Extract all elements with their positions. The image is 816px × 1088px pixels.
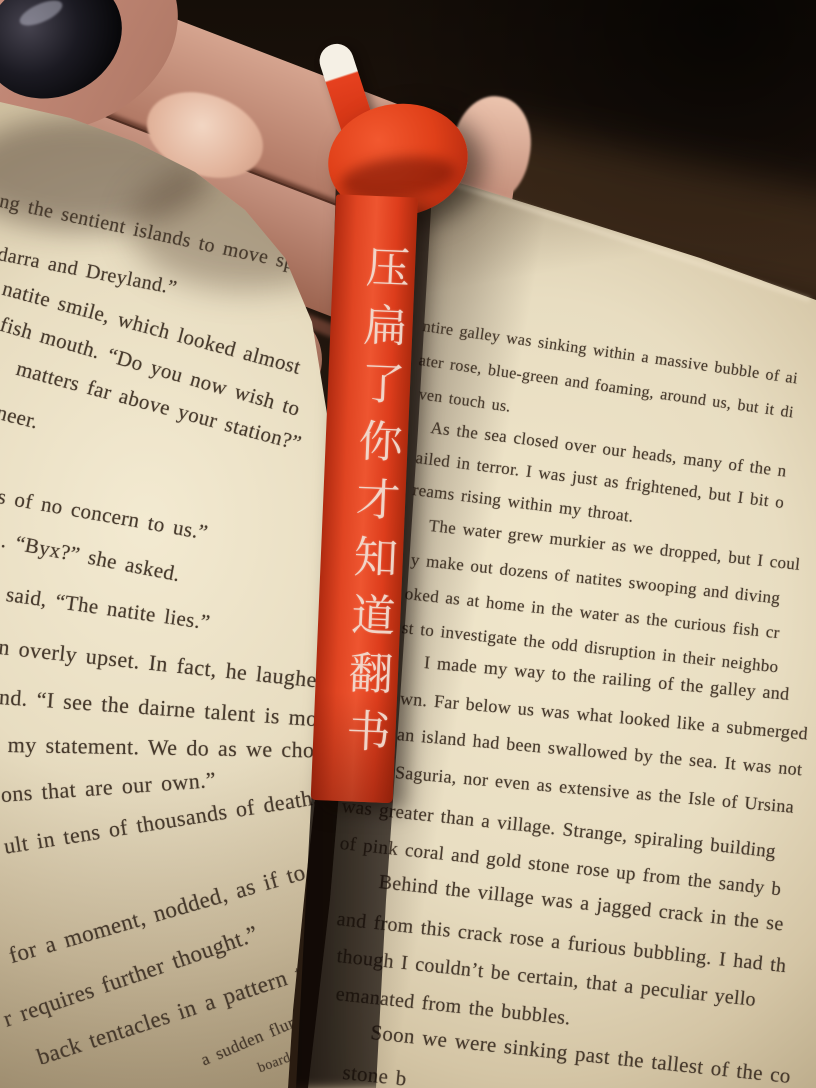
- book-photo: ntire galley was sinking within a massiv…: [0, 0, 816, 1088]
